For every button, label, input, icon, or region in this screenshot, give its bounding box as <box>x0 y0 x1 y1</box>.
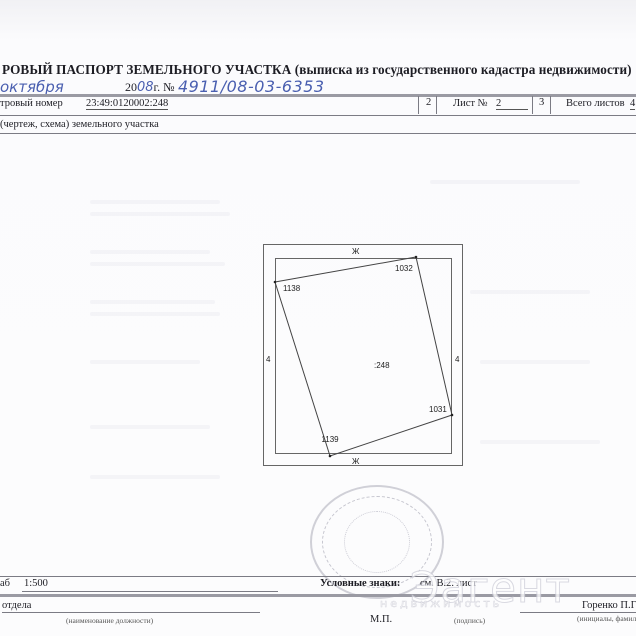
bleed-through <box>430 180 580 184</box>
header-cell-3: 3 <box>539 97 544 108</box>
year-field: 2008г. № <box>125 80 175 95</box>
bleed-through <box>90 425 210 429</box>
cadastral-label: тровый номер <box>0 98 63 109</box>
year-suffix: г. № <box>154 80 175 94</box>
bleed-through <box>470 290 590 294</box>
signer-caption: (инициалы, фамилия) <box>577 614 636 623</box>
bleed-through <box>90 300 215 304</box>
svg-text:1031: 1031 <box>429 405 447 414</box>
bleed-through <box>90 212 230 216</box>
divider <box>418 96 419 114</box>
signer-underline <box>520 612 636 613</box>
svg-text:1139: 1139 <box>321 435 339 444</box>
document-title: РОВЫЙ ПАСПОРТ ЗЕМЕЛЬНОГО УЧАСТКА (выписк… <box>2 62 632 78</box>
divider <box>550 96 551 114</box>
divider <box>532 96 533 114</box>
bleed-through <box>90 360 200 364</box>
svg-text:1138: 1138 <box>283 284 301 293</box>
legend-label: Условные знаки: <box>320 578 400 589</box>
year-handwritten: 08 <box>137 80 154 95</box>
svg-text:4: 4 <box>266 355 271 364</box>
scale-value: 1:500 <box>24 578 48 589</box>
svg-text:4: 4 <box>455 355 460 364</box>
sheet-label: Лист № <box>453 98 488 109</box>
bleed-through <box>90 312 220 316</box>
svg-text:Ж: Ж <box>352 247 360 256</box>
title-sub: (выписка из государственного кадастра не… <box>295 62 632 77</box>
position-underline <box>2 612 260 613</box>
bleed-through <box>480 440 600 444</box>
bleed-through <box>90 200 220 204</box>
divider <box>0 115 636 116</box>
divider <box>0 133 636 134</box>
document-page: РОВЫЙ ПАСПОРТ ЗЕМЕЛЬНОГО УЧАСТКА (выписк… <box>0 0 636 636</box>
bleed-through <box>90 250 210 254</box>
title-main: РОВЫЙ ПАСПОРТ ЗЕМЕЛЬНОГО УЧАСТКА <box>2 62 291 77</box>
scale-label: аб <box>0 578 10 589</box>
sheet-number: 2 <box>496 98 528 110</box>
total-sheets-value: 4 <box>630 98 635 110</box>
svg-text:Ж: Ж <box>352 457 360 466</box>
svg-text:1032: 1032 <box>395 264 413 273</box>
parcel-plan: 1138 1032 1031 1139 :248 Ж Ж 4 4 <box>263 244 463 466</box>
signer-name: Горенко П.Г. <box>582 600 636 611</box>
total-sheets-label: Всего листов <box>566 98 625 109</box>
bleed-through <box>90 262 225 266</box>
position-caption: (наименование должности) <box>66 616 153 625</box>
section-title: (чертеж, схема) земельного участка <box>0 119 159 130</box>
header-cell-1: 2 <box>426 97 431 108</box>
watermark-tagline: недвижимость <box>380 597 502 610</box>
bleed-through <box>90 475 220 479</box>
department-label: отдела <box>2 600 31 611</box>
year-prefix: 20 <box>125 80 137 94</box>
scale-underline <box>22 591 278 592</box>
svg-text::248: :248 <box>374 361 390 370</box>
signature-caption: (подпись) <box>454 616 485 625</box>
divider <box>436 96 437 114</box>
bleed-through <box>480 360 590 364</box>
cadastral-number: 23:49:0120002:248 <box>86 98 168 110</box>
stamp-label: М.П. <box>370 614 392 625</box>
